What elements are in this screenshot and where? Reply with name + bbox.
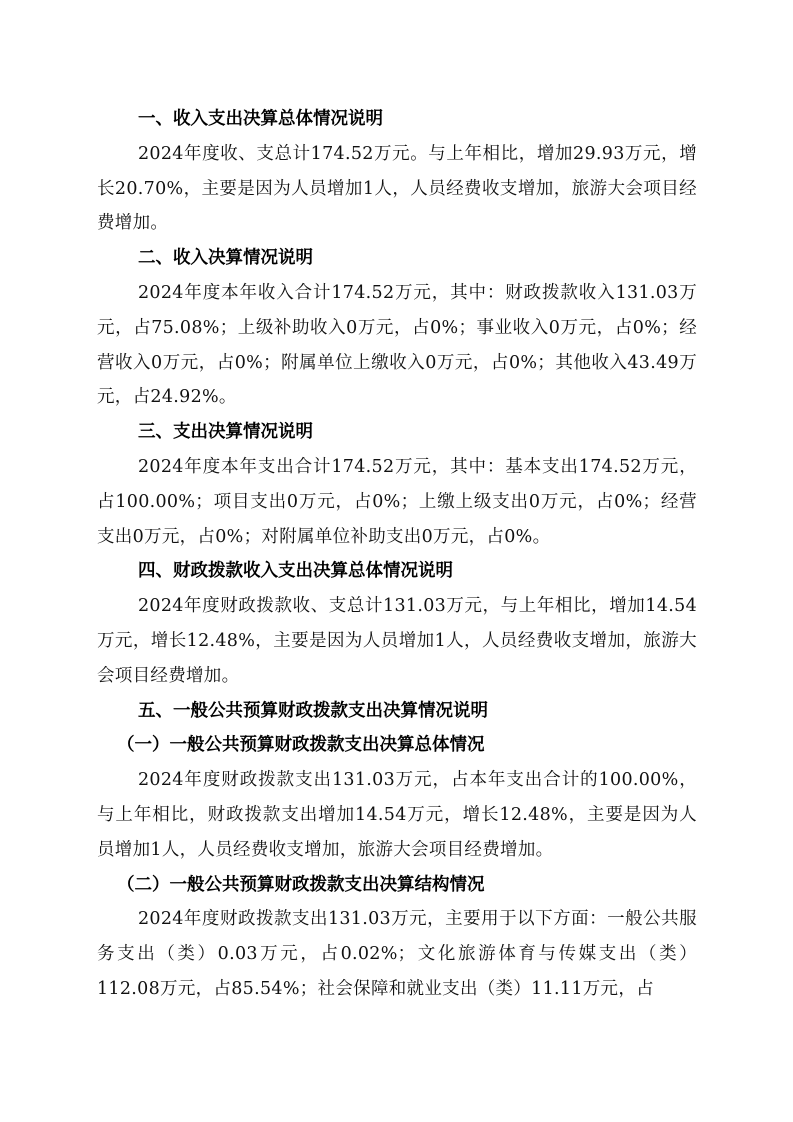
document-page: 一、收入支出决算总体情况说明 2024年度收、支总计174.52万元。与上年相比… bbox=[97, 102, 697, 1007]
section-heading-expense: 三、支出决算情况说明 bbox=[97, 415, 697, 450]
subsection-paragraph-general-budget-structure: 2024年度财政拨款支出131.03万元，主要用于以下方面：一般公共服务支出（类… bbox=[97, 902, 697, 1006]
subsection-paragraph-general-budget-overall: 2024年度财政拨款支出131.03万元，占本年支出合计的100.00%，与上年… bbox=[97, 763, 697, 867]
section-paragraph-fiscal-appropriation-overview: 2024年度财政拨款收、支总计131.03万元，与上年相比，增加14.54万元，… bbox=[97, 589, 697, 693]
section-heading-general-public-budget: 五、一般公共预算财政拨款支出决算情况说明 bbox=[97, 694, 697, 729]
section-paragraph-income: 2024年度本年收入合计174.52万元，其中：财政拨款收入131.03万元，占… bbox=[97, 276, 697, 415]
section-paragraph-income-expense-overview: 2024年度收、支总计174.52万元。与上年相比，增加29.93万元，增长20… bbox=[97, 137, 697, 241]
subsection-heading-general-budget-structure: （二）一般公共预算财政拨款支出决算结构情况 bbox=[97, 868, 697, 903]
section-paragraph-expense: 2024年度本年支出合计174.52万元，其中：基本支出174.52万元，占10… bbox=[97, 450, 697, 554]
section-heading-income: 二、收入决算情况说明 bbox=[97, 241, 697, 276]
section-heading-fiscal-appropriation-overview: 四、财政拨款收入支出决算总体情况说明 bbox=[97, 554, 697, 589]
subsection-heading-general-budget-overall: （一）一般公共预算财政拨款支出决算总体情况 bbox=[97, 728, 697, 763]
section-heading-income-expense-overview: 一、收入支出决算总体情况说明 bbox=[97, 102, 697, 137]
